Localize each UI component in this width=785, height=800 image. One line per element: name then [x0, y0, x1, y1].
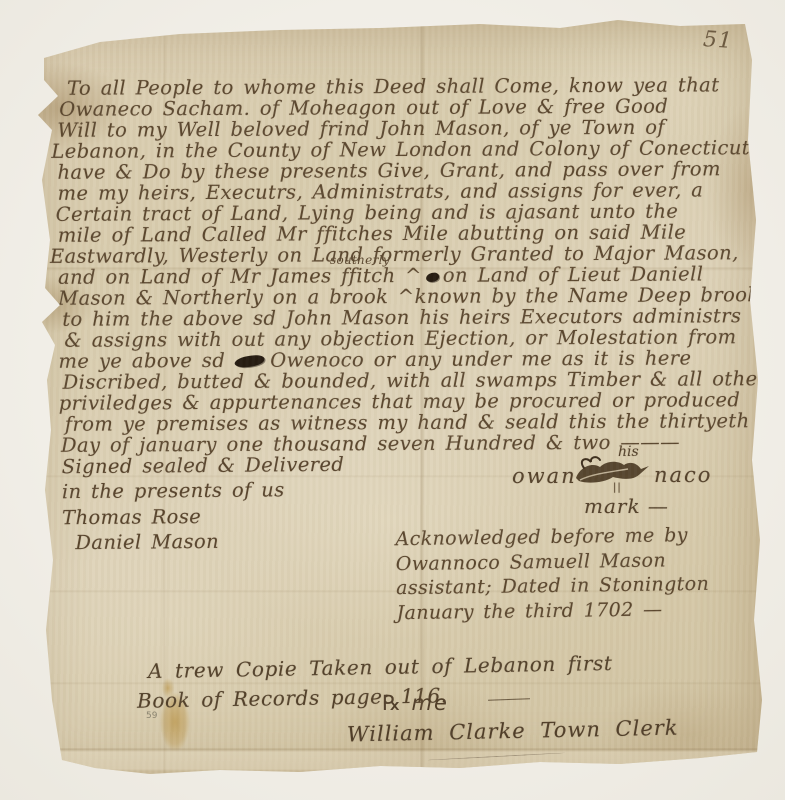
witness-statement-line: Signed sealed & Delivered: [62, 453, 345, 480]
mark-tick-marks: ||: [613, 482, 622, 493]
folio-number: 51: [702, 27, 734, 54]
signature-underline-flourish: [427, 752, 565, 760]
witness-statement-line: in the presents of us: [62, 477, 345, 504]
document-paper: 51 To all People to whome this Deed shal…: [0, 0, 785, 800]
interlinear-insertion-southerly: southerly: [330, 253, 390, 267]
signer-name-prefix: owan: [512, 464, 577, 488]
deed-body: To all People to whome this Deed shall C…: [57, 74, 749, 456]
signature-block: his owan || naco mark —: [512, 444, 742, 528]
inked-out-word-blot: [234, 354, 265, 368]
witness-block: Signed sealed & Delivered in the present…: [62, 453, 345, 555]
scan-background: 51 To all People to whome this Deed shal…: [0, 0, 785, 800]
mark-label-mark: mark —: [584, 494, 669, 518]
dash-flourish: [488, 698, 530, 700]
witness-name: Daniel Mason: [75, 528, 345, 555]
per-me-symbol: ℞ me: [382, 691, 449, 715]
town-clerk-signature: William Clarke Town Clerk: [347, 716, 679, 747]
small-ink-blot: [425, 272, 439, 282]
certification-line: A trew Copie Taken out of Lebanon first: [148, 651, 613, 683]
owaneco-mark-pictograph: [570, 454, 650, 492]
acknowledgment-block: Acknowledged before me by Owannoco Samue…: [395, 524, 709, 626]
witness-name: Thomas Rose: [62, 504, 345, 531]
signer-name-suffix: naco: [654, 463, 712, 487]
pencil-annotation: 59: [146, 711, 157, 721]
acknowledgment-line: January the third 1702 —: [396, 597, 709, 626]
